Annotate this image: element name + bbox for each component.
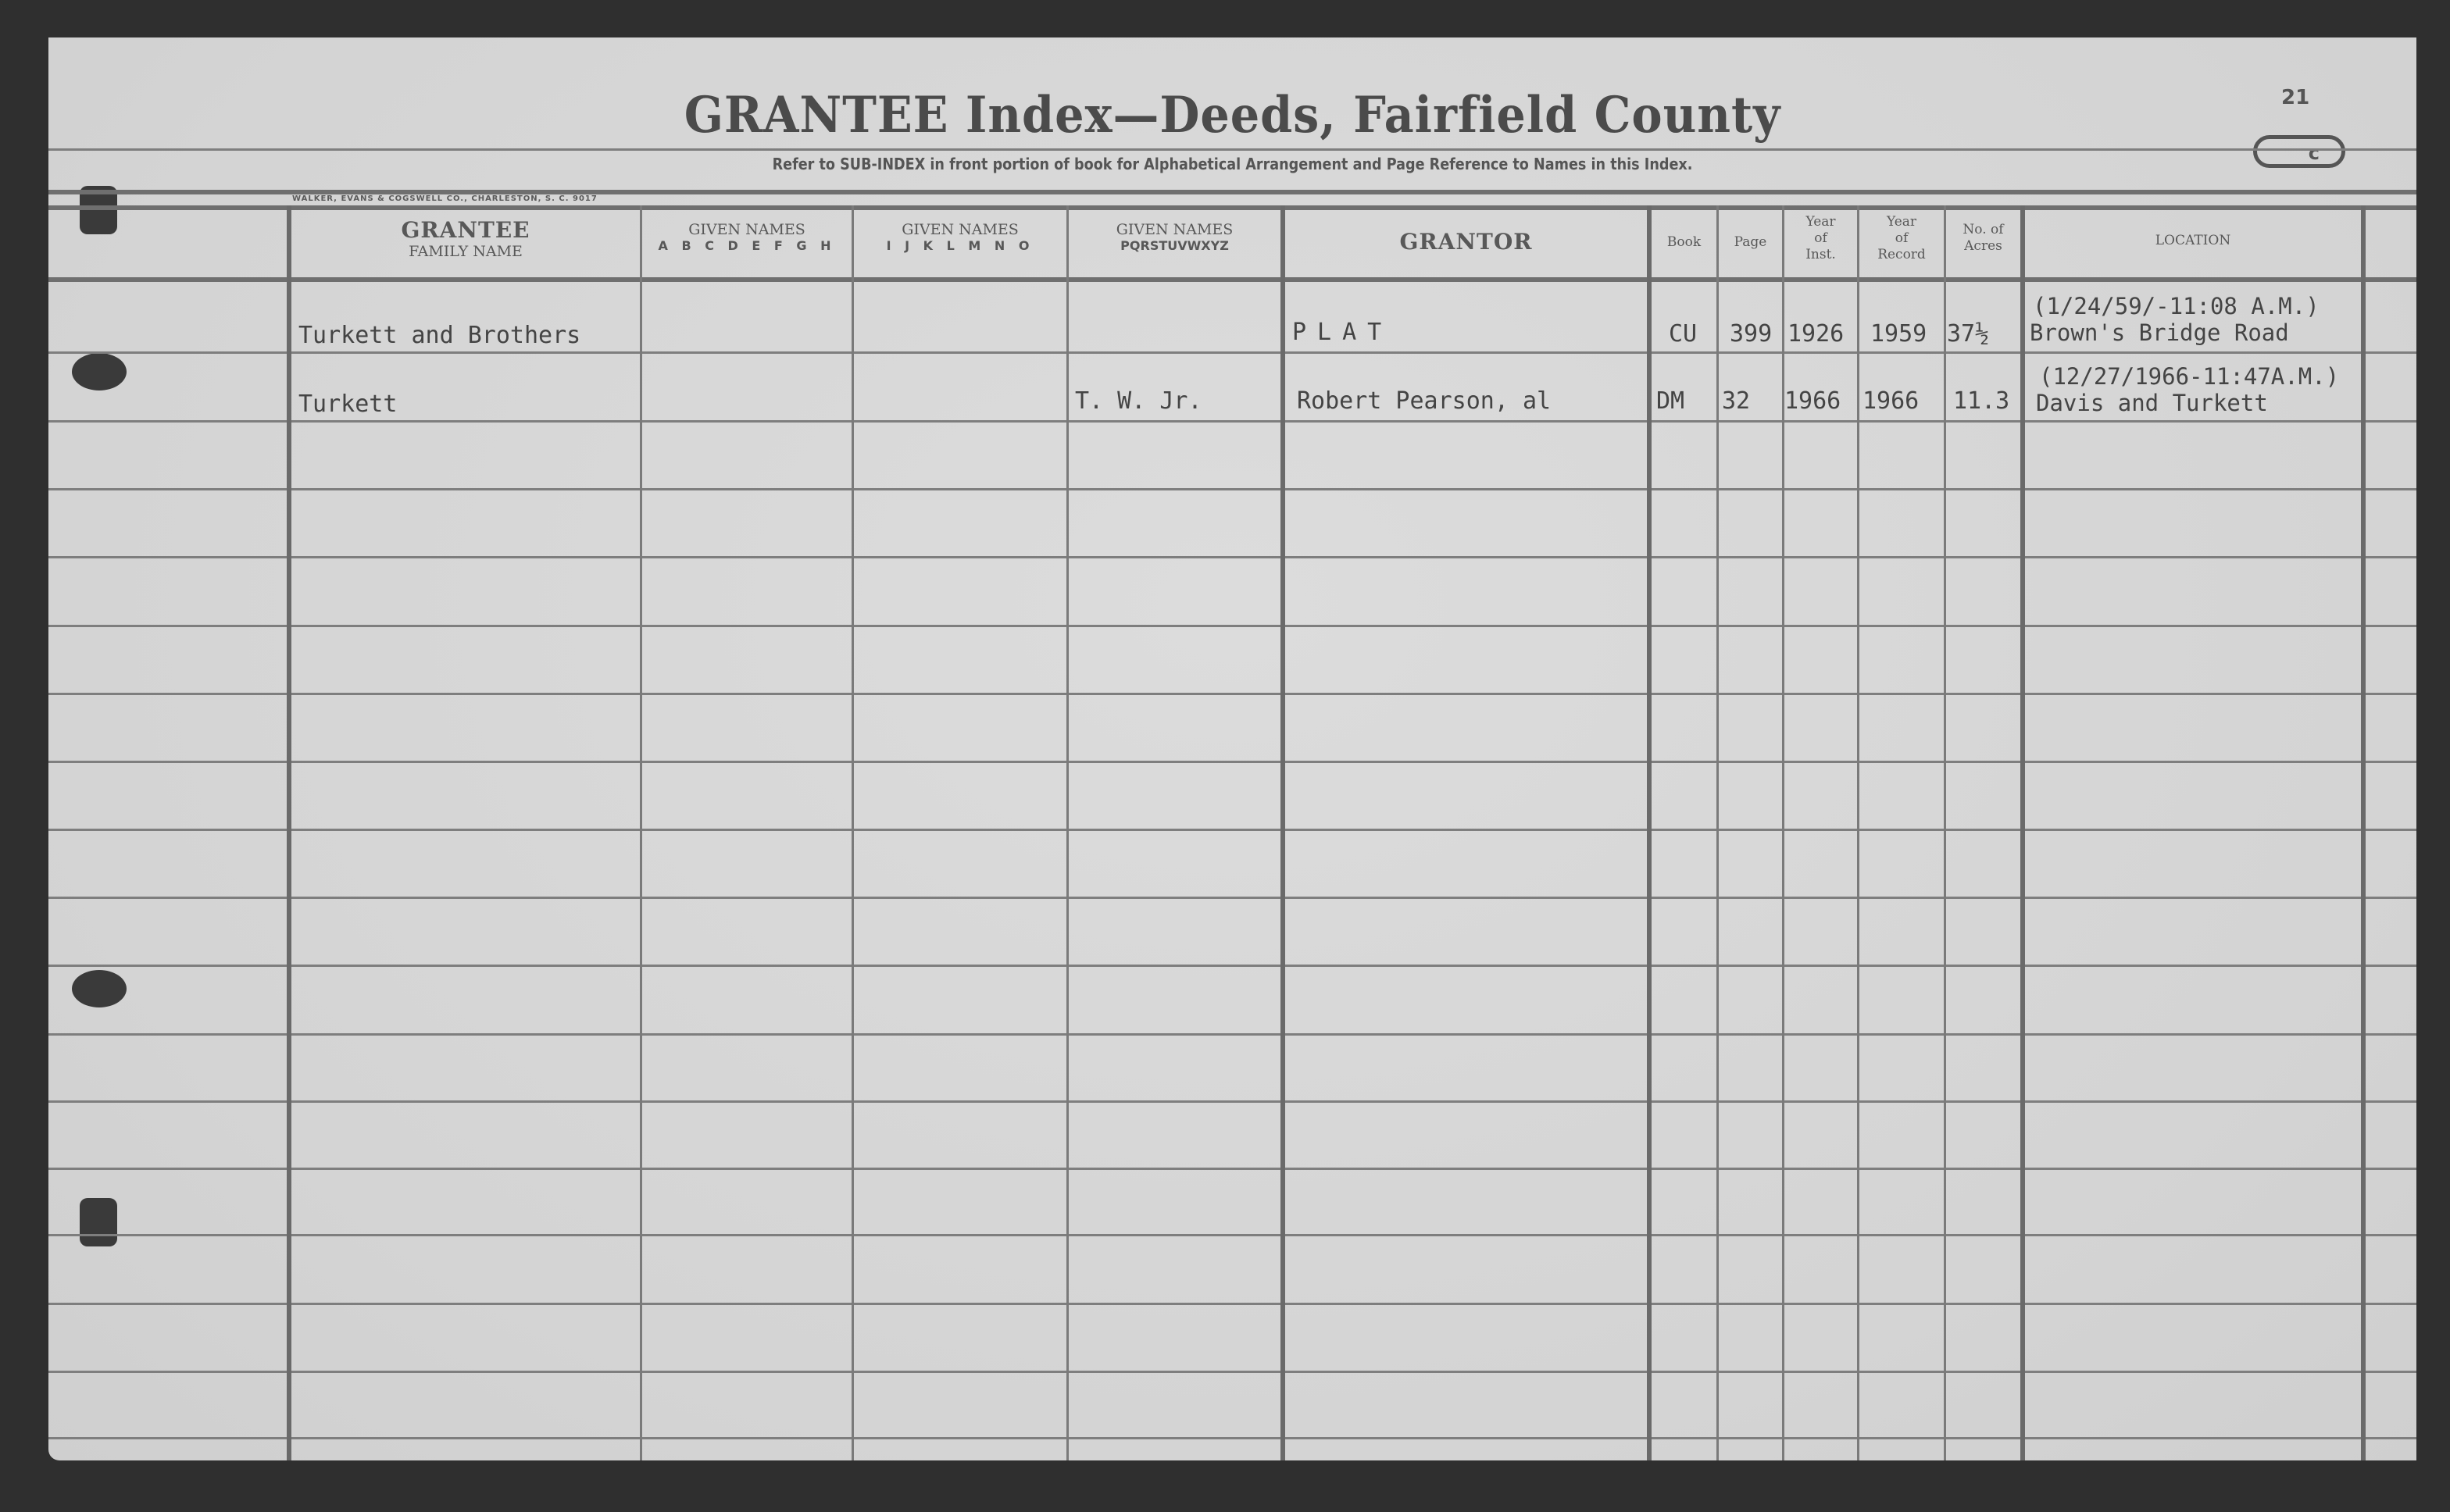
row1-page: 399 <box>1730 322 1772 347</box>
header-acres-line2: Acres <box>1946 238 2020 255</box>
row-rule <box>48 965 2416 967</box>
divider-yearrecord-left <box>1857 205 1859 1460</box>
header-book: Book <box>1652 234 1716 251</box>
row-rule <box>48 693 2416 695</box>
row1-year-inst: 1926 <box>1787 322 1844 347</box>
row2-year-inst: 1966 <box>1784 389 1841 414</box>
header-grantee-sub: FAMILY NAME <box>291 243 640 260</box>
header-year-record-line2: of <box>1859 230 1944 247</box>
page-number: 21 <box>2281 86 2309 109</box>
row1-family-name: Turkett and Brothers <box>298 323 580 348</box>
header-acres: No. of Acres <box>1946 222 2020 255</box>
row-rule <box>48 1100 2416 1103</box>
divider-location-right <box>2361 205 2366 1460</box>
divider-given3-left <box>1066 205 1069 1460</box>
row2-page: 32 <box>1722 389 1750 414</box>
header-given3-title: GIVEN NAMES <box>1069 221 1280 238</box>
header-year-inst-line3: Inst. <box>1784 247 1857 263</box>
printer-imprint: WALKER, EVANS & COGSWELL CO., CHARLESTON… <box>292 194 598 203</box>
header-given1-title: GIVEN NAMES <box>642 221 852 238</box>
row-rule <box>48 488 2416 490</box>
row-rule <box>48 1303 2416 1305</box>
header-year-inst: Year of Inst. <box>1784 214 1857 263</box>
header-location-title: LOCATION <box>2025 233 2361 249</box>
row2-acres: 11.3 <box>1953 389 2009 414</box>
row-rule <box>48 897 2416 899</box>
row-rule <box>48 1371 2416 1373</box>
row2-location-time: (12/27/1966-11:47A.M.) <box>2039 364 2339 390</box>
page-subtitle: Refer to SUB-INDEX in front portion of b… <box>191 155 2274 173</box>
tab-letter: c <box>2309 142 2320 164</box>
row1-acres: 37½ <box>1947 322 1989 347</box>
page-title: GRANTEE Index—Deeds, Fairfield County <box>143 86 2322 144</box>
header-given2-title: GIVEN NAMES <box>854 221 1066 238</box>
header-grantee-title: GRANTEE <box>291 217 640 243</box>
row2-book: DM <box>1656 389 1684 414</box>
header-year-record-line1: Year <box>1859 214 1944 230</box>
row-rule <box>48 1033 2416 1036</box>
header-page-title: Page <box>1719 234 1782 251</box>
punch-hole-lower <box>72 970 127 1007</box>
header-year-record: Year of Record <box>1859 214 1944 263</box>
header-year-record-line3: Record <box>1859 247 1944 263</box>
header-book-title: Book <box>1652 234 1716 251</box>
divider-given2-left <box>852 205 854 1460</box>
row1-year-record: 1959 <box>1870 322 1927 347</box>
row-rule <box>48 1437 2416 1439</box>
header-grantor: GRANTOR <box>1285 229 1647 255</box>
header-location: LOCATION <box>2025 233 2361 249</box>
divider-book-left <box>1647 205 1652 1460</box>
row-rule <box>48 1234 2416 1236</box>
row-rule <box>48 829 2416 831</box>
header-grantee: GRANTEE FAMILY NAME <box>291 217 640 260</box>
index-tab: c <box>2253 135 2345 168</box>
header-page: Page <box>1719 234 1782 251</box>
column-header-rule <box>48 277 2416 282</box>
row2-year-record: 1966 <box>1862 389 1919 414</box>
divider-location-left <box>2020 205 2025 1460</box>
header-given-abcdefgh: GIVEN NAMES A B C D E F G H <box>642 221 852 253</box>
header-given3-letters: PQRSTUVWXYZ <box>1069 238 1280 253</box>
header-rule-bottom <box>48 205 2416 210</box>
row-rule <box>48 625 2416 627</box>
header-given-pqrstuvwxyz: GIVEN NAMES PQRSTUVWXYZ <box>1069 221 1280 253</box>
divider-grantee-left <box>287 205 291 1460</box>
header-given-ijklmno: GIVEN NAMES I J K L M N O <box>854 221 1066 253</box>
divider-page-left <box>1716 205 1719 1460</box>
row2-given-pqrstuvwxyz: T. W. Jr. <box>1075 389 1202 414</box>
header-year-inst-line2: of <box>1784 230 1857 247</box>
index-card: GRANTEE Index—Deeds, Fairfield County Re… <box>48 37 2416 1460</box>
header-given2-letters: I J K L M N O <box>854 238 1066 253</box>
row1-location-place: Brown's Bridge Road <box>2030 320 2289 346</box>
row-rule <box>48 1168 2416 1170</box>
row-rule <box>48 556 2416 558</box>
row2-location-place: Davis and Turkett <box>2036 390 2268 416</box>
divider-acres-left <box>1944 205 1946 1460</box>
divider-given1-left <box>640 205 642 1460</box>
title-rule <box>48 148 2416 151</box>
header-year-inst-line1: Year <box>1784 214 1857 230</box>
row1-grantor: PLAT <box>1292 320 1392 345</box>
row-rule <box>48 351 2416 354</box>
row1-location-time: (1/24/59/-11:08 A.M.) <box>2033 294 2320 319</box>
punch-hole-bottom <box>80 1198 117 1246</box>
row2-grantor: Robert Pearson, al <box>1297 389 1551 414</box>
row-rule <box>48 420 2416 423</box>
divider-grantor-left <box>1280 205 1285 1460</box>
row1-book: CU <box>1669 322 1697 347</box>
row-rule <box>48 761 2416 763</box>
row2-family-name: Turkett <box>298 392 397 417</box>
header-acres-line1: No. of <box>1946 222 2020 238</box>
header-grantor-title: GRANTOR <box>1285 229 1647 255</box>
header-given1-letters: A B C D E F G H <box>642 238 852 253</box>
punch-hole-upper <box>72 353 127 390</box>
